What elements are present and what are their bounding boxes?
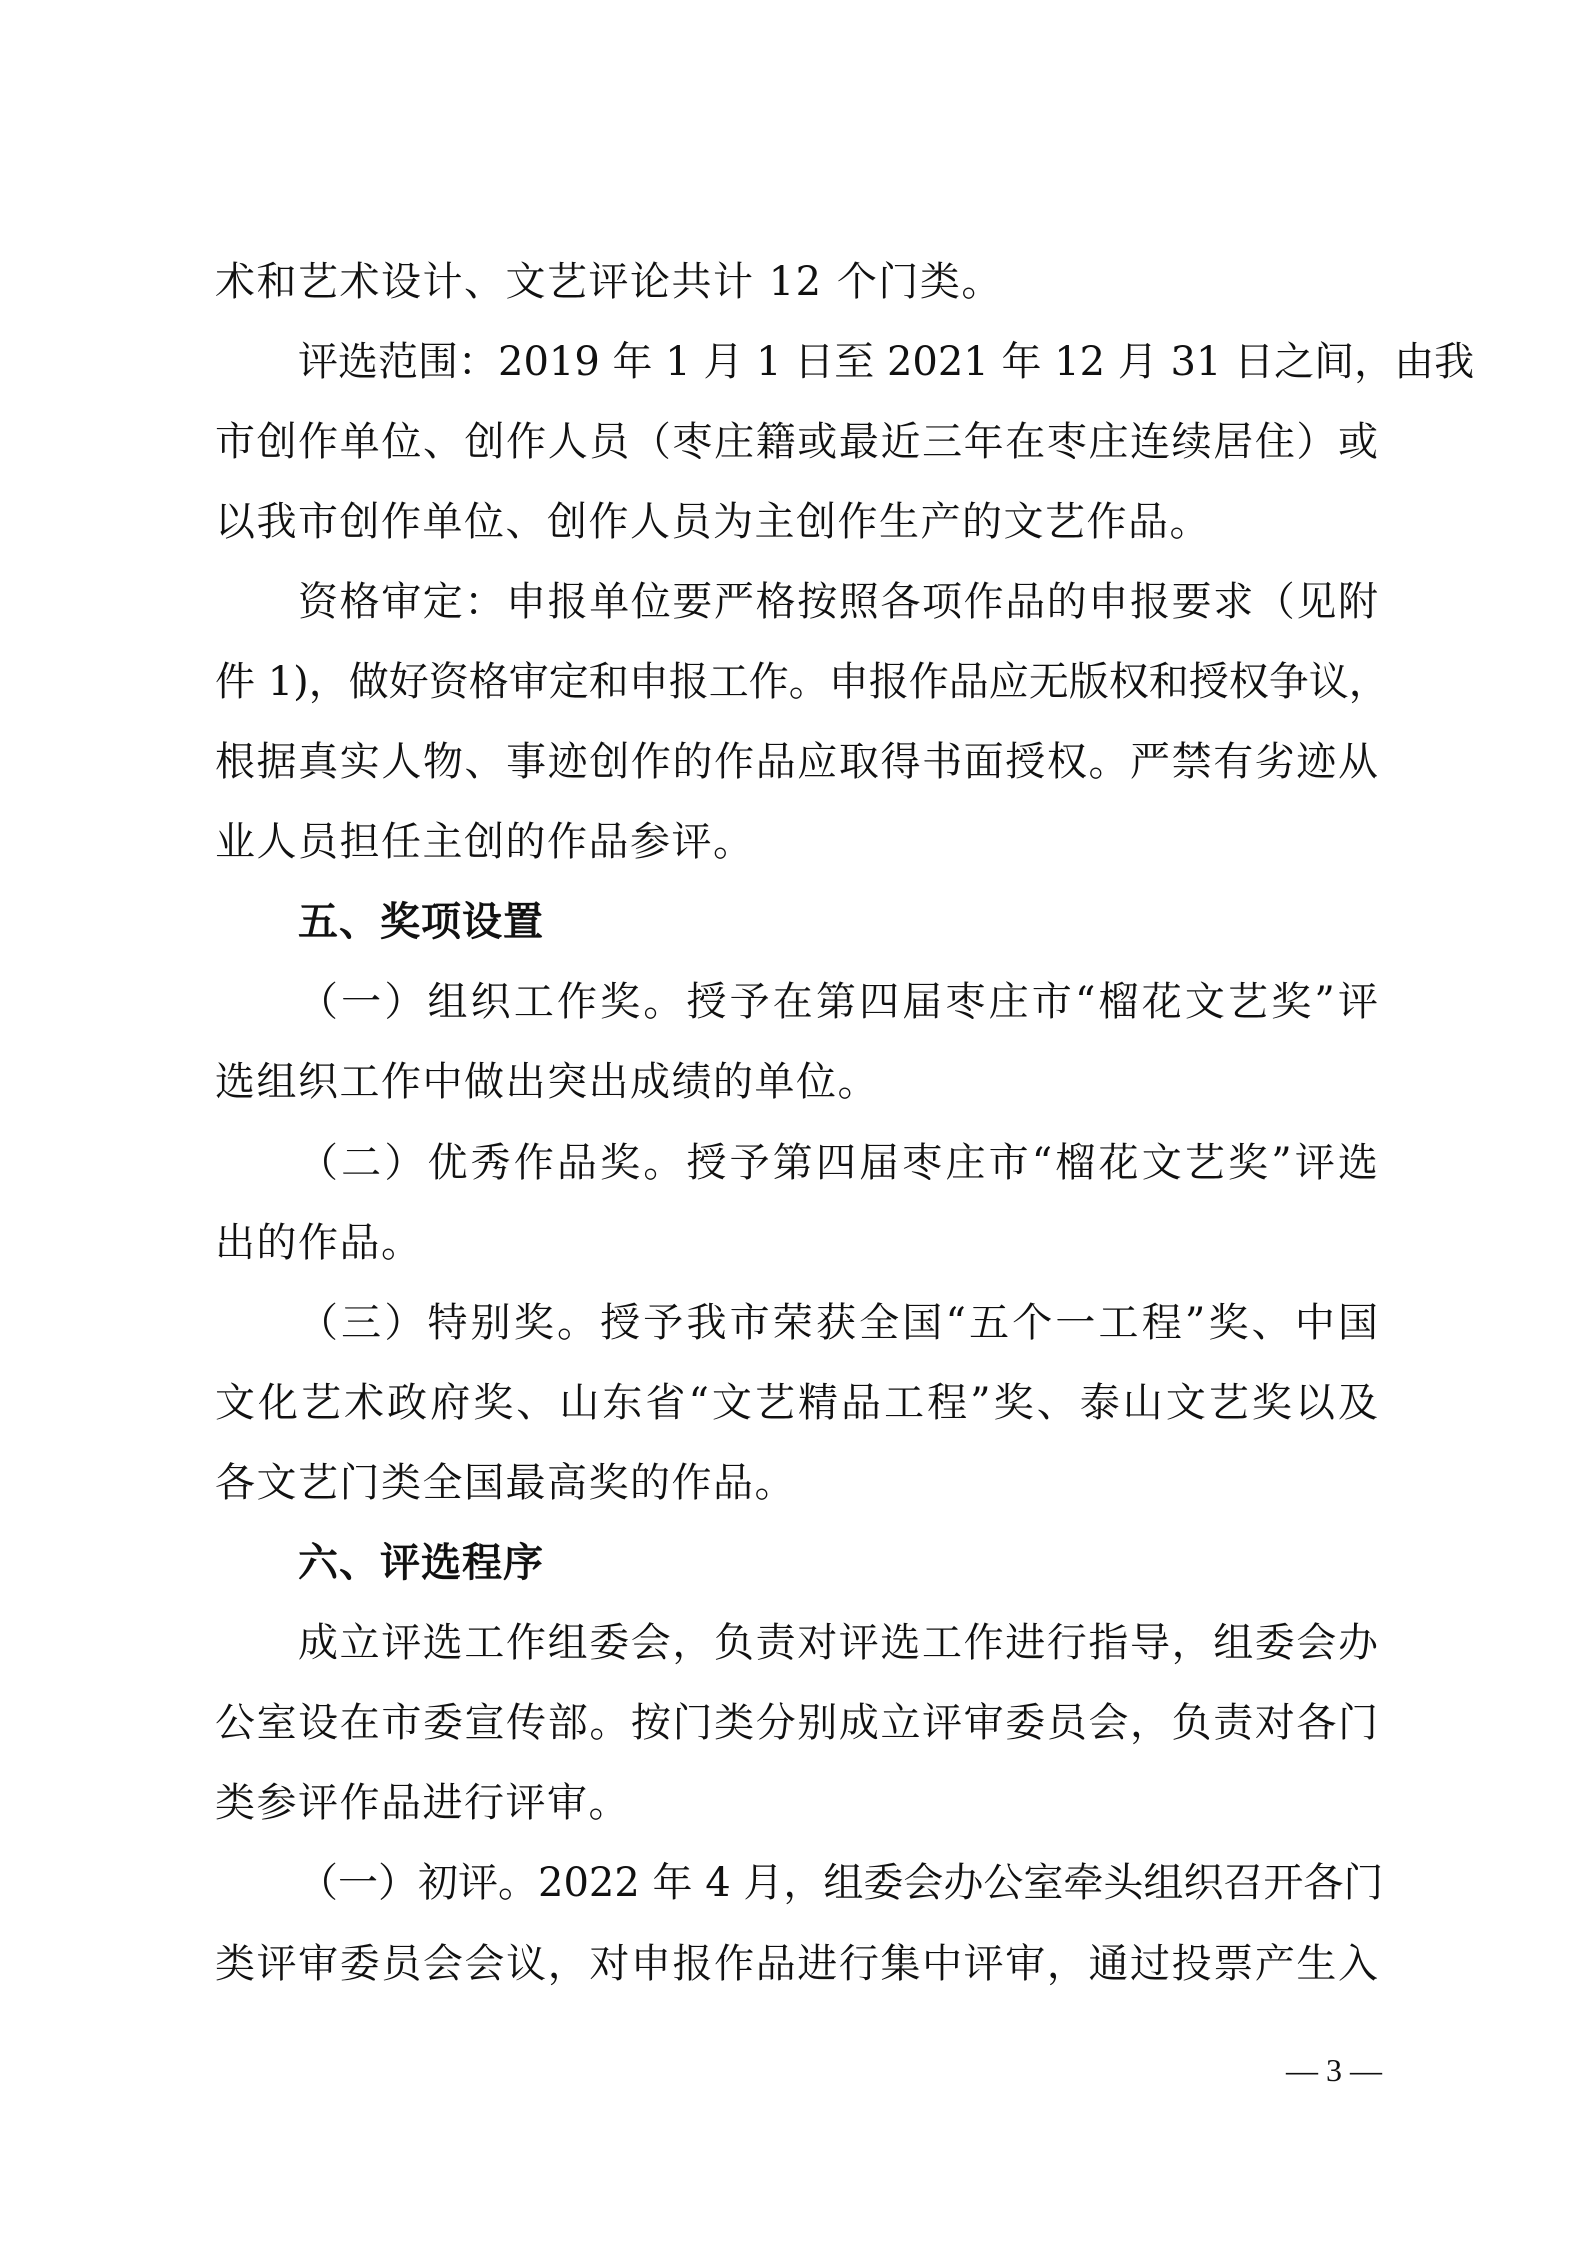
paragraph-line-special-award: （三）特别奖。授予我市荣获全国“五个一工程”奖、中国 — [298, 1299, 1378, 1347]
paragraph-line: 以我市创作单位、创作人员为主创作生产的文艺作品。 — [215, 498, 1378, 546]
paragraph-line: 根据真实人物、事迹创作的作品应取得书面授权。严禁有劣迹从 — [215, 738, 1378, 786]
paragraph-line-organization-award: （一）组织工作奖。授予在第四届枣庄市“榴花文艺奖”评 — [298, 978, 1378, 1026]
paragraph-line-committee: 成立评选工作组委会，负责对评选工作进行指导，组委会办 — [298, 1619, 1378, 1667]
paragraph-line: 术和艺术设计、文艺评论共计 12 个门类。 — [215, 258, 1378, 306]
section-heading-awards: 五、奖项设置 — [298, 898, 1378, 946]
paragraph-line-preliminary-review: （一）初评。2022 年 4 月，组委会办公室牵头组织召开各门 — [298, 1859, 1378, 1907]
paragraph-line-qualification-review: 资格审定：申报单位要严格按照各项作品的申报要求（见附 — [298, 578, 1378, 626]
section-heading-selection-procedure: 六、评选程序 — [298, 1539, 1378, 1587]
paragraph-line: 出的作品。 — [215, 1219, 1378, 1267]
paragraph-line: 件 1)，做好资格审定和申报工作。申报作品应无版权和授权争议， — [215, 658, 1378, 706]
document-page: 术和艺术设计、文艺评论共计 12 个门类。 评选范围：2019 年 1 月 1 … — [0, 0, 1587, 2245]
paragraph-line-evaluation-scope: 评选范围：2019 年 1 月 1 日至 2021 年 12 月 31 日之间，… — [298, 338, 1378, 386]
paragraph-line: 选组织工作中做出突出成绩的单位。 — [215, 1058, 1378, 1106]
paragraph-line: 文化艺术政府奖、山东省“文艺精品工程”奖、泰山文艺奖以及 — [215, 1379, 1378, 1427]
paragraph-line: 类评审委员会会议，对申报作品进行集中评审，通过投票产生入 — [215, 1940, 1378, 1988]
paragraph-line: 业人员担任主创的作品参评。 — [215, 818, 1378, 866]
paragraph-line-excellent-work-award: （二）优秀作品奖。授予第四届枣庄市“榴花文艺奖”评选 — [298, 1139, 1378, 1187]
paragraph-line: 市创作单位、创作人员（枣庄籍或最近三年在枣庄连续居住）或 — [215, 418, 1378, 466]
page-number: — 3 — — [1262, 2050, 1382, 2090]
paragraph-line: 各文艺门类全国最高奖的作品。 — [215, 1459, 1378, 1507]
paragraph-line: 公室设在市委宣传部。按门类分别成立评审委员会，负责对各门 — [215, 1699, 1378, 1747]
paragraph-line: 类参评作品进行评审。 — [215, 1779, 1378, 1827]
